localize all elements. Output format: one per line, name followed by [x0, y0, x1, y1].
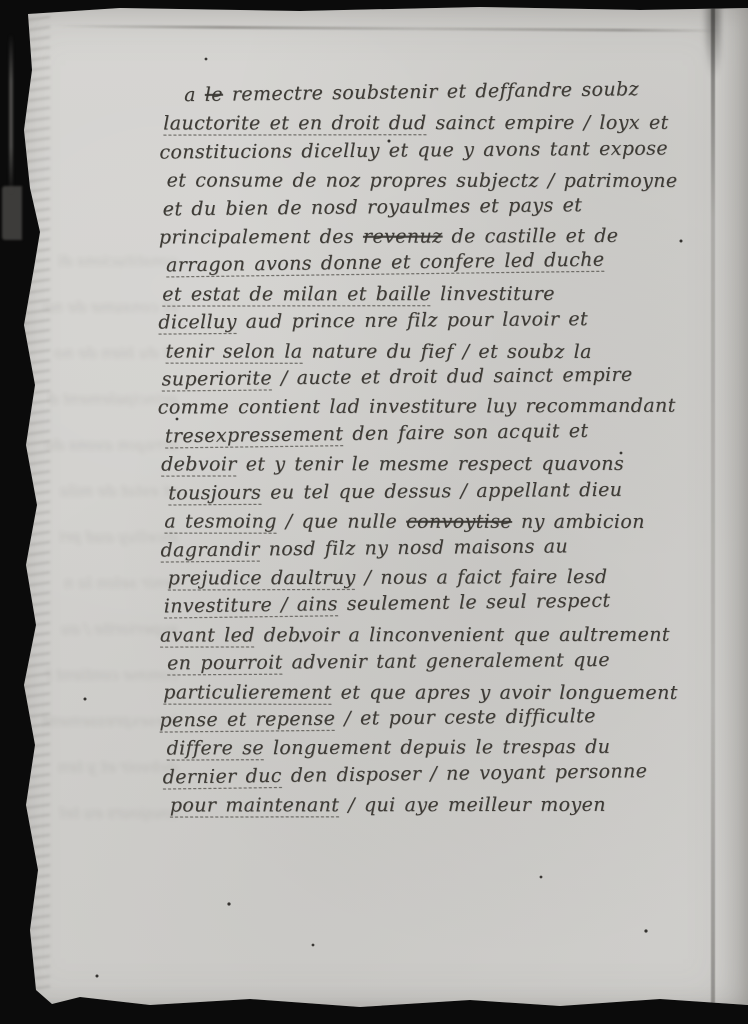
text-segment: debvoir [161, 454, 237, 476]
text-segment: den faire son acquit et [343, 420, 588, 445]
text-segment: principalement des [159, 226, 363, 249]
text-segment: eu tel que dessus / appellant dieu [261, 479, 622, 504]
text-segment: lauctorite et en droit dud [163, 112, 426, 134]
text-segment: dagrandir [160, 538, 259, 561]
text-segment: et estat de milan et baille [162, 283, 431, 305]
text-segment: comme contient lad investiture luy recom… [158, 395, 676, 419]
text-segment: / qui aye meilleur moyen [339, 794, 606, 816]
showthrough-line: comme contient l [26, 652, 178, 698]
manuscript-line: superiorite / aucte et droit dud sainct … [161, 360, 721, 394]
manuscript-line: arragon avons donne et confere led duche [166, 244, 726, 280]
ink-showthrough: constitucions diet consume de noet du bi… [26, 238, 178, 858]
showthrough-line: tenir selon la n [26, 560, 178, 606]
text-segment: le [205, 84, 223, 106]
text-segment: en pourroit [167, 652, 283, 675]
text-segment: differe se [167, 737, 264, 759]
manuscript-line: constitucions dicelluy et que y avons ta… [159, 134, 719, 167]
handwritten-text-block: a le remectre soubstenir et deffandre so… [156, 79, 720, 820]
text-segment: prejudice daultruy [168, 567, 356, 590]
text-segment: longuement depuis le trespas du [264, 736, 610, 759]
paper-crease [55, 25, 723, 33]
text-segment: et que apres y avoir longuement [332, 681, 678, 703]
manuscript-line: tresexpressement den faire son acquit et [165, 415, 725, 451]
text-segment: tenir selon la [165, 340, 302, 362]
showthrough-line: superiorite / au [26, 606, 178, 652]
text-segment: aud prince nre filz pour lavoir et [237, 308, 588, 333]
showthrough-line: dicelluy aud pri [26, 514, 178, 560]
text-segment: revenuz [363, 226, 443, 248]
manuscript-line: et du bien de nosd royaulmes et pays et [163, 189, 723, 223]
text-segment: avant led [160, 624, 255, 646]
text-segment: ny ambicion [512, 511, 645, 533]
adjacent-folio-edge [2, 186, 22, 240]
text-segment: dernier duc [163, 765, 282, 789]
text-segment: superiorite [162, 367, 273, 390]
showthrough-line: tresexpressement [26, 698, 178, 744]
text-segment: remectre soubstenir et deffandre soubz [223, 78, 639, 105]
text-segment: tousjours [168, 481, 261, 504]
manuscript-line: en pourroit advenir tant generalement qu… [167, 645, 727, 678]
adjacent-folio-edge-line [9, 34, 13, 194]
text-segment: nosd filz ny nosd maisons au [260, 535, 569, 560]
text-segment: linvestiture [431, 283, 555, 305]
manuscript-line: dagrandir nosd filz ny nosd maisons au [160, 530, 720, 564]
manuscript-line: pense et repense / et pour ceste difficu… [159, 701, 719, 735]
text-segment: / nous a faict faire lesd [356, 566, 608, 589]
manuscript-line: tousjours eu tel que dessus / appellant … [168, 475, 728, 508]
showthrough-line: et estat de mila [26, 468, 178, 514]
text-segment: convoytise [406, 511, 512, 533]
text-segment: pour maintenant [170, 794, 339, 816]
manuscript-line: a le remectre soubstenir et deffandre so… [184, 74, 744, 110]
text-segment: et consume de noz propres subjectz / pat… [167, 170, 678, 192]
text-segment: dicelluy [158, 311, 237, 334]
text-segment: sainct empire / loyx et [427, 112, 669, 134]
showthrough-line: debvoir et y ten [26, 744, 178, 790]
text-segment: constitucions dicelluy et que y avons ta… [159, 137, 668, 163]
text-segment: particulierement [163, 681, 331, 703]
text-segment: den disposer / ne voyant personne [282, 760, 648, 787]
showthrough-line: et du bien de no [26, 330, 178, 376]
showthrough-line: tousjours eu tel [26, 790, 178, 836]
text-segment: et y tenir le mesme respect quavons [237, 453, 624, 476]
text-segment: seulement le seul respect [338, 590, 611, 616]
text-segment: debvoir a linconvenient que aultrement [255, 623, 670, 646]
facing-page-sliver [715, 4, 748, 1004]
scanned-manuscript-photo: constitucions diet consume de noet du bi… [0, 0, 748, 1024]
text-segment: arragon avons donne et confere led duche [166, 249, 605, 277]
text-segment: advenir tant generalement que [283, 649, 610, 674]
text-segment: pense et repense [159, 708, 335, 732]
showthrough-line: et consume de no [26, 284, 178, 330]
text-segment: a [184, 84, 205, 106]
text-segment: a tesmoing [164, 511, 276, 533]
showthrough-line: arragon avons do [26, 422, 178, 468]
showthrough-line: principalement d [26, 376, 178, 422]
manuscript-line: investiture / ains seulement le seul res… [164, 585, 724, 621]
text-segment: tresexpressement [165, 423, 344, 447]
manuscript-page: constitucions diet consume de noet du bi… [0, 0, 748, 1024]
text-segment: / et pour ceste difficulte [335, 705, 596, 730]
showthrough-line: constitucions di [26, 238, 178, 284]
text-segment: et du bien de nosd royaulmes et pays et [163, 194, 583, 220]
text-segment: / que nulle [277, 511, 406, 533]
text-segment: investiture / ains [164, 593, 338, 617]
text-segment: de castille et de [443, 225, 619, 248]
text-segment: / aucte et droit dud sainct empire [272, 364, 633, 390]
manuscript-line: pour maintenant / qui aye meilleur moyen [170, 791, 730, 820]
manuscript-line: dicelluy aud prince nre filz pour lavoir… [158, 304, 718, 337]
text-segment: nature du fief / et soubz la [303, 340, 592, 362]
